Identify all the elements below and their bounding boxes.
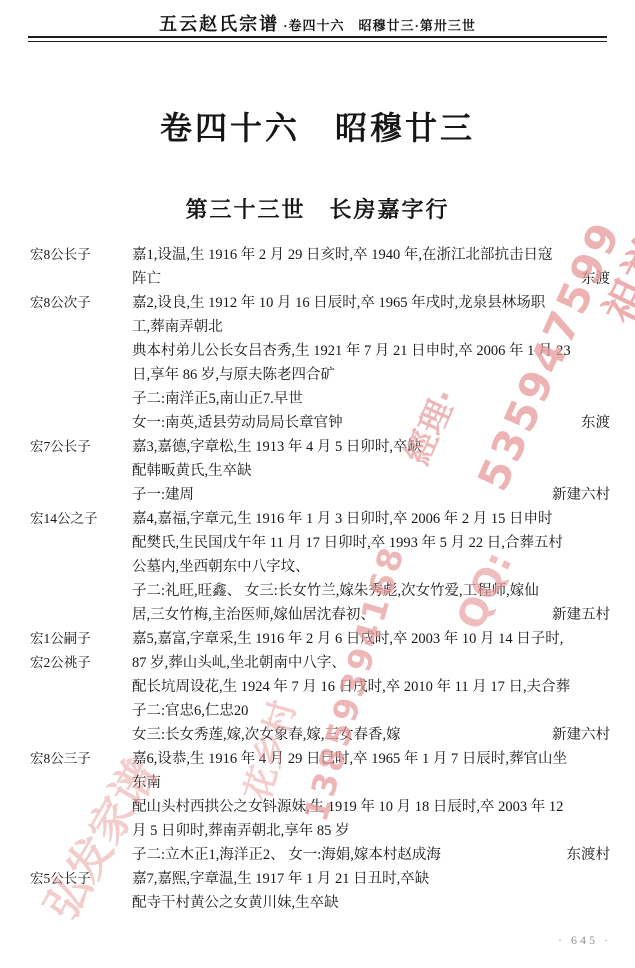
- entry-line: 典本村弟儿公长女吕杏秀,生 1921 年 7 月 21 日申时,卒 2006 年…: [132, 339, 610, 363]
- entry-line: 子一:建周新建六村: [132, 483, 610, 507]
- entry-text: 女三:长女秀莲,嫁,次女象春,嫁,三女春香,嫁: [132, 723, 401, 747]
- entry-text: 居,三女竹梅,主治医师,嫁仙居沈春初、: [132, 603, 375, 627]
- entry-content: 嘉1,设温,生 1916 年 2 月 29 日亥时,卒 1940 年,在浙江北部…: [132, 243, 610, 291]
- entry-line: 公墓内,坐西朝东中八字坟、: [132, 555, 610, 579]
- entry-label: 宏1公嗣子: [30, 627, 132, 651]
- entry-text: 女一:南英,适县劳动局局长章官钟: [132, 411, 343, 435]
- entry-line: 配长坑周设花,生 1924 年 7 月 16 日戌时,卒 2010 年 11 月…: [132, 675, 610, 699]
- entry-text: 嘉4,嘉福,字章元,生 1916 年 1 月 3 日卯时,卒 2006 年 2 …: [132, 507, 553, 531]
- entry-line: 子二:立木正1,海洋正2、 女一:海娟,嫁本村赵成海东渡村: [132, 843, 610, 867]
- entry-text: 日,享年 86 岁,与原夫陈老四合矿: [132, 363, 335, 387]
- entry-line: 配山头村西拱公之女钭源妹,生 1919 年 10 月 18 日辰时,卒 2003…: [132, 795, 610, 819]
- entry-line: 嘉6,设恭,生 1916 年 4 月 29 日巳时,卒 1965 年 1 月 7…: [132, 747, 610, 771]
- entry-label: 宏14公之子: [30, 507, 132, 531]
- entry-text: 典本村弟儿公长女吕杏秀,生 1921 年 7 月 21 日申时,卒 2006 年…: [132, 339, 571, 363]
- entry-label: 宏8公长子: [30, 243, 132, 267]
- entry-place-note: 新建六村: [544, 723, 610, 747]
- entry-line: 女三:长女秀莲,嫁,次女象春,嫁,三女春香,嫁新建六村: [132, 723, 610, 747]
- entry-label-column: 宏1公嗣子宏2公祧子: [30, 627, 132, 675]
- entry-row: 宏8公次子嘉2,设良,生 1912 年 10 月 16 日辰时,卒 1965 年…: [30, 291, 610, 435]
- entry-text: 嘉1,设温,生 1916 年 2 月 29 日亥时,卒 1940 年,在浙江北部…: [132, 243, 553, 267]
- entry-line: 嘉7,嘉熙,字章温,生 1917 年 1 月 21 日丑时,卒缺: [132, 867, 610, 891]
- entry-text: 配韩畈黄氏,生卒缺: [132, 459, 252, 483]
- entry-text: 嘉6,设恭,生 1916 年 4 月 29 日巳时,卒 1965 年 1 月 7…: [132, 747, 567, 771]
- entry-content: 嘉2,设良,生 1912 年 10 月 16 日辰时,卒 1965 年戌时,龙泉…: [132, 291, 610, 435]
- entry-line: 日,享年 86 岁,与原夫陈老四合矿: [132, 363, 610, 387]
- entry-text: 阵亡: [132, 267, 161, 291]
- entry-text: 子二:礼旺,旺鑫、 女三:长女竹兰,嫁朱秀彪,次女竹爱,工程师,嫁仙: [132, 579, 539, 603]
- entry-text: 嘉3,嘉德,字章松,生 1913 年 4 月 5 日卯时,卒缺: [132, 435, 422, 459]
- entry-label: 宏5公长子: [30, 867, 132, 891]
- header-section: ·卷四十六 昭穆廿三·第卅三世: [283, 18, 476, 33]
- page-title: 卷四十六 昭穆廿三: [0, 103, 635, 149]
- entry-text: 子二:南洋正5,南山正7.早世: [132, 387, 303, 411]
- entry-line: 子二:南洋正5,南山正7.早世: [132, 387, 610, 411]
- entry-text: 月 5 日卯时,葬南弄朝北,享年 85 岁: [132, 819, 350, 843]
- entry-row: 宏8公三子嘉6,设恭,生 1916 年 4 月 29 日巳时,卒 1965 年 …: [30, 747, 610, 867]
- entry-text: 子二:立木正1,海洋正2、 女一:海娟,嫁本村赵成海: [132, 843, 441, 867]
- header-rule: [28, 36, 607, 42]
- generation-subtitle: 第三十三世 长房嘉字行: [0, 193, 635, 224]
- entry-text: 嘉2,设良,生 1912 年 10 月 16 日辰时,卒 1965 年戌时,龙泉…: [132, 291, 545, 315]
- entry-label-column: 宏5公长子: [30, 867, 132, 891]
- entry-row: 宏14公之子嘉4,嘉福,字章元,生 1916 年 1 月 3 日卯时,卒 200…: [30, 507, 610, 627]
- entry-line: 嘉4,嘉福,字章元,生 1916 年 1 月 3 日卯时,卒 2006 年 2 …: [132, 507, 610, 531]
- entry-label-column: 宏8公三子: [30, 747, 132, 771]
- entry-line: 月 5 日卯时,葬南弄朝北,享年 85 岁: [132, 819, 610, 843]
- entry-text: 工,葬南弄朝北: [132, 315, 223, 339]
- entry-line: 嘉5,嘉富,字章采,生 1916 年 2 月 6 日戌时,卒 2003 年 10…: [132, 627, 610, 651]
- entry-line: 嘉3,嘉德,字章松,生 1913 年 4 月 5 日卯时,卒缺: [132, 435, 610, 459]
- entry-content: 嘉3,嘉德,字章松,生 1913 年 4 月 5 日卯时,卒缺配韩畈黄氏,生卒缺…: [132, 435, 610, 507]
- entry-label: 宏8公三子: [30, 747, 132, 771]
- entry-row: 宏8公长子嘉1,设温,生 1916 年 2 月 29 日亥时,卒 1940 年,…: [30, 243, 610, 291]
- entry-line: 嘉1,设温,生 1916 年 2 月 29 日亥时,卒 1940 年,在浙江北部…: [132, 243, 610, 267]
- entries: 宏8公长子嘉1,设温,生 1916 年 2 月 29 日亥时,卒 1940 年,…: [30, 243, 610, 915]
- entry-text: 配樊氏,生民国戊午年 11 月 17 日卯时,卒 1993 年 5 月 22 日…: [132, 531, 563, 555]
- entry-line: 阵亡东渡: [132, 267, 610, 291]
- entry-line: 居,三女竹梅,主治医师,嫁仙居沈春初、新建五村: [132, 603, 610, 627]
- entry-text: 嘉7,嘉熙,字章温,生 1917 年 1 月 21 日丑时,卒缺: [132, 867, 429, 891]
- entry-line: 女一:南英,适县劳动局局长章官钟东渡: [132, 411, 610, 435]
- entry-label: 宏8公次子: [30, 291, 132, 315]
- entry-line: 嘉2,设良,生 1912 年 10 月 16 日辰时,卒 1965 年戌时,龙泉…: [132, 291, 610, 315]
- entry-label-column: 宏8公长子: [30, 243, 132, 267]
- entry-line: 工,葬南弄朝北: [132, 315, 610, 339]
- entry-label-column: 宏14公之子: [30, 507, 132, 531]
- entry-line: 87 岁,葬山头乢,坐北朝南中八字、: [132, 651, 610, 675]
- entry-text: 配长坑周设花,生 1924 年 7 月 16 日戌时,卒 2010 年 11 月…: [132, 675, 570, 699]
- entry-line: 配樊氏,生民国戊午年 11 月 17 日卯时,卒 1993 年 5 月 22 日…: [132, 531, 610, 555]
- entry-line: 东南: [132, 771, 610, 795]
- entry-row: 宏1公嗣子宏2公祧子嘉5,嘉富,字章采,生 1916 年 2 月 6 日戌时,卒…: [30, 627, 610, 747]
- entry-place-note: 东渡村: [559, 843, 611, 867]
- entry-content: 嘉7,嘉熙,字章温,生 1917 年 1 月 21 日丑时,卒缺配寺干村黄公之女…: [132, 867, 610, 915]
- entry-place-note: 东渡: [573, 411, 610, 435]
- entry-text: 公墓内,坐西朝东中八字坟、: [132, 555, 310, 579]
- entry-text: 配山头村西拱公之女钭源妹,生 1919 年 10 月 18 日辰时,卒 2003…: [132, 795, 563, 819]
- entry-content: 嘉4,嘉福,字章元,生 1916 年 1 月 3 日卯时,卒 2006 年 2 …: [132, 507, 610, 627]
- entry-line: 子二:礼旺,旺鑫、 女三:长女竹兰,嫁朱秀彪,次女竹爱,工程师,嫁仙: [132, 579, 610, 603]
- entry-content: 嘉6,设恭,生 1916 年 4 月 29 日巳时,卒 1965 年 1 月 7…: [132, 747, 610, 867]
- entry-line: 配寺干村黄公之女黄川妹,生卒缺: [132, 891, 610, 915]
- entry-line: 子二:官忠6,仁忠20: [132, 699, 610, 723]
- entry-place-note: 新建六村: [544, 483, 610, 507]
- entry-row: 宏5公长子嘉7,嘉熙,字章温,生 1917 年 1 月 21 日丑时,卒缺配寺干…: [30, 867, 610, 915]
- entry-place-note: 东渡: [573, 267, 610, 291]
- book-title: 五云赵氏宗谱: [159, 14, 279, 34]
- entry-row: 宏7公长子嘉3,嘉德,字章松,生 1913 年 4 月 5 日卯时,卒缺配韩畈黄…: [30, 435, 610, 507]
- entry-text: 87 岁,葬山头乢,坐北朝南中八字、: [132, 651, 346, 675]
- entry-text: 子二:官忠6,仁忠20: [132, 699, 248, 723]
- genealogy-page: 祖祥535947599經理·QQ:13859394168花乡村弘发家谱 五云赵氏…: [0, 0, 635, 968]
- entry-text: 子一:建周: [132, 483, 194, 507]
- entry-content: 嘉5,嘉富,字章采,生 1916 年 2 月 6 日戌时,卒 2003 年 10…: [132, 627, 610, 747]
- entry-place-note: 新建五村: [544, 603, 610, 627]
- entry-text: 嘉5,嘉富,字章采,生 1916 年 2 月 6 日戌时,卒 2003 年 10…: [132, 627, 563, 651]
- entry-label: 宏2公祧子: [30, 651, 132, 675]
- entry-text: 配寺干村黄公之女黄川妹,生卒缺: [132, 891, 339, 915]
- entry-label: 宏7公长子: [30, 435, 132, 459]
- page-number: · 645 ·: [558, 933, 611, 948]
- running-header: 五云赵氏宗谱·卷四十六 昭穆廿三·第卅三世: [0, 10, 635, 36]
- entry-text: 东南: [132, 771, 161, 795]
- entry-label-column: 宏8公次子: [30, 291, 132, 315]
- entry-line: 配韩畈黄氏,生卒缺: [132, 459, 610, 483]
- entry-label-column: 宏7公长子: [30, 435, 132, 459]
